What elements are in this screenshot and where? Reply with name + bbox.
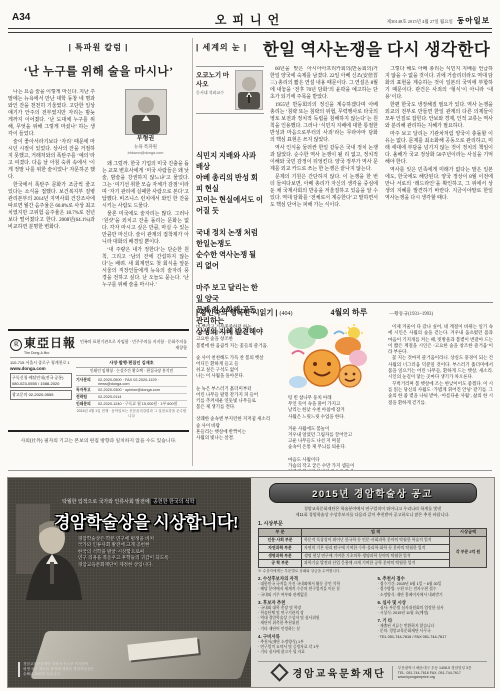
poem-series-number: (404): [279, 311, 292, 317]
editorial-notice: 사외(社外) 필자의 기고는 본보의 편집 방향과 일치하지 않을 수도 있습니…: [8, 437, 189, 444]
ad-tagline: 탁월한 업적으로 국가와 인류사회 발전에 공헌한 한국의 석학: [62, 498, 196, 505]
author-photo: [125, 89, 167, 135]
stanza-line: 국내 정치 논쟁 처럼 한일논쟁도: [196, 227, 264, 249]
text-line: 왜 그럴까. 한국 기업의 미국 진출을 돕는 교포 변호사에게 ‘미국 사람들…: [102, 161, 189, 210]
masthead-logo-block: 東亞日報 The Dong-A Ilbo: [24, 334, 76, 355]
stanza-line: 봄은 제 생기를 켠다.: [196, 404, 280, 410]
ad-table-prize: 각 부문 2억 원: [450, 536, 487, 567]
staff-line-1: 사장·발행·편집인 김재호: [76, 360, 187, 368]
main-headline: 한일 역사논쟁을 다시 생각한다: [260, 36, 493, 60]
text-line: 문제의 기원은 간단하지 않다. 이 논쟁을 한 번 더 들여다보면, 아베 총…: [270, 174, 378, 209]
world-eye-author-block: 오코노기 마사오 동서대 석좌교수: [196, 66, 264, 114]
contact-cell: 전략팀: [76, 395, 98, 400]
stanza-line: 사월의 빛나는 살결.: [196, 435, 280, 441]
stanza: 상쾌한 숲속엔 부지런한 지저귐 새소리숲 사이 바람흔들리는 햇살에 반짝이는…: [196, 416, 280, 441]
header-rule: [8, 28, 492, 33]
ad-section-item: · 기타 재단이 인정하는 분: [258, 627, 368, 632]
world-eye-author-photo: [235, 70, 263, 110]
ad-table-category: 인문·사회 부문: [259, 536, 302, 544]
ad-section: 5. 추천서 접수· 접수기간: 2015년 5월 1일 ~ 6월 30일· 접…: [378, 576, 488, 598]
text-line: 역사를 잊은 민족에게 미래가 없다는 말은 일본에도, 한국에도 해당된다. …: [385, 167, 493, 202]
poem-body: 비 뿌리고 거무죽죽하던 하늘다스한 파랑이 다시 돌아와고요한 숲을 창조한봄…: [196, 324, 493, 471]
stanza-line: 사월은 느릿느릿 수업을 한다.: [288, 414, 380, 420]
ad-section-item: · 국내외 거주 여부와 관계없음: [258, 593, 368, 598]
world-eye-label: | 세계의 눈 |: [196, 36, 260, 53]
author-role: 뉴욕 특파원: [125, 143, 167, 150]
stanza: 식민지 지배와 사과 배상아베 총리의 반성 회피 현실꼬이는 현실에서도 이어…: [196, 150, 264, 216]
stanza-line: 상쾌한 숲속엔 부지런한 지저귐 새소리: [196, 416, 280, 422]
stanza-line: 순수한 역사논쟁 될 리 없어: [196, 249, 264, 271]
ad-award-table: 부 문 업 적 시상금액 인문·사회 부문학문적 독창성이 뛰어난 한국학 등 …: [258, 528, 487, 568]
poem-col-2: 텅 빈 참나무 둥치 아래무언 듯이 속을 풀어 가지고날리는 한낮 수천 아침…: [288, 324, 380, 471]
ad-table-achievement: 자연의 기본 원리 탐구에 기여한 수학·물리학·화학 등 분야의 탁월한 업적: [302, 544, 450, 552]
staff-line-2: 인쇄인 임채청 · 논설주간 황호택 · 편집국장 홍석민: [76, 369, 187, 376]
ad-tagline-pre: 탁월한 업적으로 국가와 인류사회 발전에: [62, 499, 151, 505]
stanza: 숲 사이 천천해도 가득 찬 봄의 햇살어디든 환하게 들고 들쉬고 싶은 구석…: [196, 355, 280, 380]
poem-section: | 황인숙의 행복한 시읽기 | (404) 4월의 하루 ―황동규(1931~…: [196, 302, 493, 471]
ad-table-category: 자연과학 부문: [259, 544, 302, 552]
donga-emblem-icon: 東: [10, 339, 22, 351]
stanza: 텅 빈 참나무 둥치 아래무언 듯이 속을 풀어 가지고날리는 한낮 수천 아침…: [288, 395, 380, 420]
text-line: 60년을 맞은 아시아아프리카회의(반둥회의)가 한일 양국에 숙제를 남겼다.…: [270, 66, 378, 101]
text-line: 꽃 지는 것마저 즐거움이라니. 상실도 풍경이 되는 건 사월의 너그러움 덕…: [388, 355, 493, 380]
stanza-line: 봄볕에 한 움큼씩 지는 꽃들의 즐거움.: [196, 343, 280, 349]
main-article-col-2: 그렇다 해도 아베 총리는 식민지 지배를 언급하지 않을 수 없을 것이다. …: [385, 66, 493, 294]
ad-table-note: ※ 수상자에게는 부문별로 상패와 상금을 수여합니다.: [258, 569, 487, 574]
issue-date: 제30148호 2015년 4월 27일 월요일: [387, 19, 453, 24]
ad-photo-caption: 경암교육문화재단 설립자 송금조 이사장이평생 모은 재산을 출연해 제정한 경…: [18, 662, 94, 677]
author-email: bhkwon@donga.com: [125, 150, 167, 157]
poem-commentary: 이제 겨울이 다 갔나 싶어, 네 계절이 바뀌는 일기 속에 시인은 사월의 …: [388, 324, 493, 471]
stanza-line: 꼬이는 현실에서도 이어질 듯: [196, 194, 264, 216]
stanza: 겨운 사월에도 봄놀이겨우내 얼었던 그림자를 끌어안고고운 나무들도 나선 지…: [288, 426, 380, 451]
text-line: 부산광역시 해운대구 우동 1408-5 경암빌딩 3층: [398, 666, 472, 671]
contact-cell: 인쇄문의: [76, 402, 98, 407]
text-line: www.kyungamprize.org: [398, 675, 472, 680]
poem-poet: ―황동규(1931~1993): [389, 310, 433, 317]
ad-inquiry-box: 광고문의 02-2020-0555: [10, 390, 72, 400]
correspondent-column: | 특파원 칼럼 | ‘난 누구를 위해 술을 마시나’ 나는 요즘 술을 이렇…: [8, 36, 189, 444]
content-bottom-rule: [8, 470, 492, 471]
masthead-website: www.donga.com: [10, 366, 72, 371]
text-line: 한국에서 폭탄주 문화가 조금씩 줄고 있다는 소식을 접했다. 보건복지부 질…: [8, 182, 95, 231]
subscribe-numbers: 080-023-0555 / 1588-2020: [12, 381, 70, 386]
ad-tagline-highlight: 공헌한 한국의 석학: [151, 499, 196, 505]
ad-notice-panel: 2015년 경암학술상 공고 경암교육문화재단은 학술분야에서 연구업적이 뛰어…: [251, 478, 494, 687]
foundation-name: 경암교육문화재단: [292, 665, 385, 680]
ad-table-category: 공 학 부문: [259, 560, 302, 568]
stanza: 국내 정치 논쟁 처럼 한일논쟁도순수한 역사논쟁 될 리 없어: [196, 227, 264, 271]
masthead-info: 110-715 서울시 종로구 청계천로 1 www.donga.com 구독신…: [10, 360, 187, 419]
issue-info: 제30148호 2015년 4월 27일 월요일 동아일보: [387, 15, 490, 26]
ad-table-achievement: 생명 현상 연구에 기여한 기초의학·생명과학 분야의 탁월한 업적: [302, 552, 450, 560]
ad-inquiry: 광고문의 02-2020-0555: [12, 392, 70, 398]
ad-paragraph: 경암학술상은 학문 연구에 평생을 바쳐국가와 인류사회 발전에 크게 공헌한한…: [78, 536, 228, 568]
ad-sections-left: 2. 수상후보자의 자격· 대한민국 국적을 가진 국내외에서 활동 중인 석학…: [258, 576, 368, 657]
ad-table-col-prize: 시상금액: [450, 529, 487, 537]
contact-row: 전략팀02-2020-0114: [76, 394, 187, 401]
ad-section-item: · 시상식: 2015년 11월 초(예정): [378, 611, 488, 616]
newspaper-page: A34 오피니언 제30148호 2015년 4월 27일 월요일 동아일보 |…: [0, 0, 500, 691]
contact-cell: 기사문의: [76, 378, 98, 386]
text-line: 경암교육문화재단이 제정한 상입니다.: [78, 562, 228, 568]
stanza: 마음도 사월이다가슴의 작고 굳은 수만 가지 셈들이가볍게 휘어진 안녕의 물…: [288, 457, 380, 471]
text-line: 물론 미국에도 술자리는 많다. 그러나 ‘원샷’을 외치고 잔을 돌리는 문화…: [102, 211, 189, 246]
text-line: 한편 한국도 냉정해질 필요가 있다. 역사 논쟁을 외교의 전부로 만들면 한…: [385, 102, 493, 130]
correspondent-title: ‘난 누구를 위해 술을 마시나’: [8, 63, 189, 79]
stanza-line: 식민지 지배와 사과 배상: [196, 150, 264, 172]
stanza-line: 숲속이 온통 제 무늬를 틔운다.: [288, 444, 380, 450]
foundation-contact: 부산광역시 해운대구 우동 1408-5 경암빌딩 3층TEL. 051-744…: [392, 666, 472, 680]
world-eye-author-role: 동서대 석좌교수: [196, 90, 232, 96]
correspondent-col-2: 부형권 뉴욕 특파원 bhkwon@donga.com 왜 그럴까. 한국 기업…: [102, 89, 189, 321]
ad-section-item: · 기타 심사에 참고가 될 자료: [258, 650, 368, 655]
poem-series-label: | 황인숙의 행복한 시읽기 |: [196, 308, 277, 318]
poem-header: | 황인숙의 행복한 시읽기 | (404) 4월의 하루 ―황동규(1931~…: [196, 307, 493, 318]
ad-table-category: 생명과학 부문: [259, 552, 302, 560]
text-line: 마주 보고 달리는 기관차처럼 양국이 충돌할 이유는 없다. 문제를 최소화해…: [385, 131, 493, 166]
ad-headline: 경암학술상을 시상합니다!: [54, 508, 249, 533]
text-line: 1955년 반둥회의의 정신을 계승하겠다며 아베 총리는 ‘침략 또는 침략의…: [270, 102, 378, 144]
masthead-motto: 민족의 표현기관으로 자임함 · 민주주의를 지지함 · 문화주의를 제창함: [76, 339, 187, 351]
ad-section: 2. 수상후보자의 자격· 대한민국 국적을 가진 국내외에서 활동 중인 석학…: [258, 576, 368, 598]
poem-col-1: 비 뿌리고 거무죽죽하던 하늘다스한 파랑이 다시 돌아와고요한 숲을 창조한봄…: [196, 324, 280, 471]
ad-table-achievement: 과학기술 발전과 산업 응용에 크게 기여한 공학 분야의 탁월한 업적: [302, 560, 450, 568]
contact-cell: 02-2020-0500 · FAX 02-2020-1129 · news@d…: [98, 378, 187, 386]
ad-photo-panel: 탁월한 업적으로 국가와 인류사회 발전에 공헌한 한국의 석학 경암학술상을 …: [8, 478, 251, 687]
ad-table-row: 인문·사회 부문학문적 독창성이 뛰어난 한국학 등 인문·사회과학 분야의 탁…: [259, 536, 487, 544]
ad-table-title: 1. 시상부문: [258, 520, 487, 527]
correspondent-col-2-text: 왜 그럴까. 한국 기업의 미국 진출을 돕는 교포 변호사에게 ‘미국 사람들…: [102, 161, 189, 289]
masthead-staff-block: 사장·발행·편집인 김재호 인쇄인 임채청 · 논설주간 황호택 · 편집국장 …: [76, 360, 187, 419]
stanza-line: 나는 이 사월을 돌아본다.: [196, 373, 280, 379]
contact-cell: 02-2020-0300 · opinion@donga.com: [98, 388, 187, 393]
author-photo-card: 부형권 뉴욕 특파원 bhkwon@donga.com: [125, 89, 167, 157]
text-line: ‘내 주량은 내가 정한다’는 단순한 원칙, 그리고 ‘남의 잔에 간섭하지 …: [102, 247, 189, 289]
correspondent-body: 나는 요즘 술을 이렇게 마신다. 지난 주말에는 뉴욕에서 만난 대학 동창 …: [8, 89, 189, 321]
world-eye-author: 오코노기 마사오: [196, 70, 232, 88]
paper-name: 동아일보: [457, 16, 490, 25]
ad-intro: 경암교육문화재단은 학술분야에서 연구업적이 뛰어나고 우리나라 학계를 빛낸제…: [258, 506, 487, 517]
main-article-col-1: 60년을 맞은 아시아아프리카회의(반둥회의)가 한일 양국에 숙제를 남겼다.…: [270, 66, 378, 294]
text-line: 제11회 경암학술상 수상후보자를 다음과 같이 추천받아 공고하오니 많은 추…: [258, 512, 487, 518]
masthead-top: 東 東亞日報 The Dong-A Ilbo 민족의 표현기관으로 자임함 · …: [10, 334, 187, 358]
ad-footer: 경암교육문화재단 부산광역시 해운대구 우동 1408-5 경암빌딩 3층TEL…: [258, 661, 487, 680]
foundation-logo-icon: [271, 664, 289, 682]
stanza-line: 아베 총리의 반성 회피 현실: [196, 172, 264, 194]
contact-row: 기사문의02-2020-0500 · FAX 02-2020-1129 · ne…: [76, 377, 187, 387]
masthead-contact-rows: 기사문의02-2020-0500 · FAX 02-2020-1129 · ne…: [76, 377, 187, 408]
kyungam-advertisement: 탁월한 업적으로 국가와 인류사회 발전에 공헌한 한국의 석학 경암학술상을 …: [7, 477, 495, 688]
world-eye-head: | 세계의 눈 | 한일 역사논쟁을 다시 생각한다: [196, 36, 493, 60]
text-line: 이제 겨울이 다 갔나 싶어, 네 계절이 바뀌는 일기 속에 시인은 사월의 …: [388, 324, 493, 355]
ad-table-col-category: 부 문: [259, 529, 302, 537]
contact-cell: 02-2020-0114: [98, 395, 187, 400]
ad-table-body: 인문·사회 부문학문적 독창성이 뛰어난 한국학 등 인문·사회과학 분야의 탁…: [259, 536, 487, 567]
ad-section-item: · 소정양식: 재단 홈페이지에서 내려받기: [378, 593, 488, 598]
ad-notice-banner: 2015년 경암학술상 공고: [269, 483, 477, 503]
ad-sections: 2. 수상후보자의 자격· 대한민국 국적을 가진 국내외에서 활동 중인 석학…: [258, 576, 487, 657]
ad-section: 3. 후보자 추천· 국내외 대학 총장 및 학장· 학술단체 및 연구기관의 …: [258, 600, 368, 632]
ad-sections-right: 5. 추천서 접수· 접수기간: 2015년 5월 1일 ~ 6월 30일· 접…: [378, 576, 488, 657]
text-line: 술이 좋아서라기보다 ‘자리’ 때문에 마시던 시절이 있었다. 상사의 잔을 …: [8, 139, 95, 181]
text-line: 꾸벅거리며 봄 햇살에 조는 한낮이어도 좋겠다. 이 시를 읽는 당신의 사월…: [388, 381, 493, 406]
contact-row: 인쇄문의02-2020-1240 · 구독료 월 15,000원 · 1부 60…: [76, 401, 187, 408]
masthead-footnote: 2015년 4월 1일 현재 · 동아일보는 신문윤리강령과 그 실천요강을 준…: [76, 409, 187, 419]
stanza: 눈 녹은 부스러기 흙더미부터어린 나무들 팔밑 잔가지 펴 들어키를 추켜세운…: [196, 386, 280, 411]
page-header: A34 오피니언 제30148호 2015년 4월 27일 월요일 동아일보: [8, 10, 492, 27]
main-article-columns: 60년을 맞은 아시아아프리카회의(반둥회의)가 한일 양국에 숙제를 남겼다.…: [270, 66, 493, 294]
ad-section: 7. 기 타· 제출된 서류는 반환하지 않습니다· 문의: 경암교육문화재단 …: [378, 618, 488, 640]
author-name: 부형권: [125, 136, 167, 143]
ad-section: 4. 구비서류· 추천서(재단 소정양식) 1부· 연구업적 요약서 및 증빙자…: [258, 634, 368, 656]
world-eye-author-text: 오코노기 마사오 동서대 석좌교수: [196, 70, 232, 110]
contact-cell: 02-2020-1240 · 구독료 월 15,000원 · 1부 600원: [98, 402, 187, 407]
poem-illustration: [288, 324, 368, 390]
ad-table-achievement: 학문적 독창성이 뛰어난 한국학 등 인문·사회과학 분야의 탁월한 학술적 업…: [302, 536, 450, 544]
contact-cell: 독자투고: [76, 388, 98, 393]
text-line: 올해로 11회를 맞습니다.: [23, 672, 94, 677]
text-line: 그렇다 해도 아베 총리는 식민지 지배를 언급하지 않을 수 없을 것이다. …: [385, 66, 493, 101]
masthead: 東 東亞日報 The Dong-A Ilbo 민족의 표현기관으로 자임함 · …: [8, 329, 189, 432]
masthead-address-block: 110-715 서울시 종로구 청계천로 1 www.donga.com 구독신…: [10, 360, 72, 419]
poem-title: 4월의 하루: [330, 307, 367, 318]
contact-row: 독자투고02-2020-0300 · opinion@donga.com: [76, 387, 187, 394]
correspondent-col-1: 나는 요즘 술을 이렇게 마신다. 지난 주말에는 뉴욕에서 만난 대학 동창 …: [8, 89, 95, 321]
poem-col-2-text: 텅 빈 참나무 둥치 아래무언 듯이 속을 풀어 가지고날리는 한낮 수천 아침…: [288, 395, 380, 471]
subscribe-box: 구독신청·배달안내(전국 공통) 080-023-0555 / 1588-202…: [10, 373, 72, 388]
ad-table-col-achievement: 업 적: [302, 529, 450, 537]
text-line: 나는 요즘 술을 이렇게 마신다. 지난 주말에는 뉴욕에서 만난 대학 동창 …: [8, 89, 95, 138]
ad-section: 6. 심사 및 시상· 심사: 부문별 심사위원회의 엄정한 심사· 시상식: …: [378, 600, 488, 616]
column-divider: [192, 38, 193, 466]
masthead-logo-sub: The Dong-A Ilbo: [24, 351, 76, 355]
stanza: 비 뿌리고 거무죽죽하던 하늘다스한 파랑이 다시 돌아와고요한 숲을 창조한봄…: [196, 324, 280, 349]
masthead-logo: 東亞日報: [24, 334, 76, 351]
correspondent-label: | 특파원 칼럼 |: [8, 42, 189, 53]
stanza-line: 마주 보고 달리는 한일 양국: [196, 282, 264, 304]
text-line: 역사 인식을 둘러싼 한일 갈등은 국내 정치 논쟁과 닮았다. 순수한 역사 …: [270, 145, 378, 173]
ad-section-item: · TEL 051-744-7616 / FAX 051-744-7617: [378, 635, 488, 640]
